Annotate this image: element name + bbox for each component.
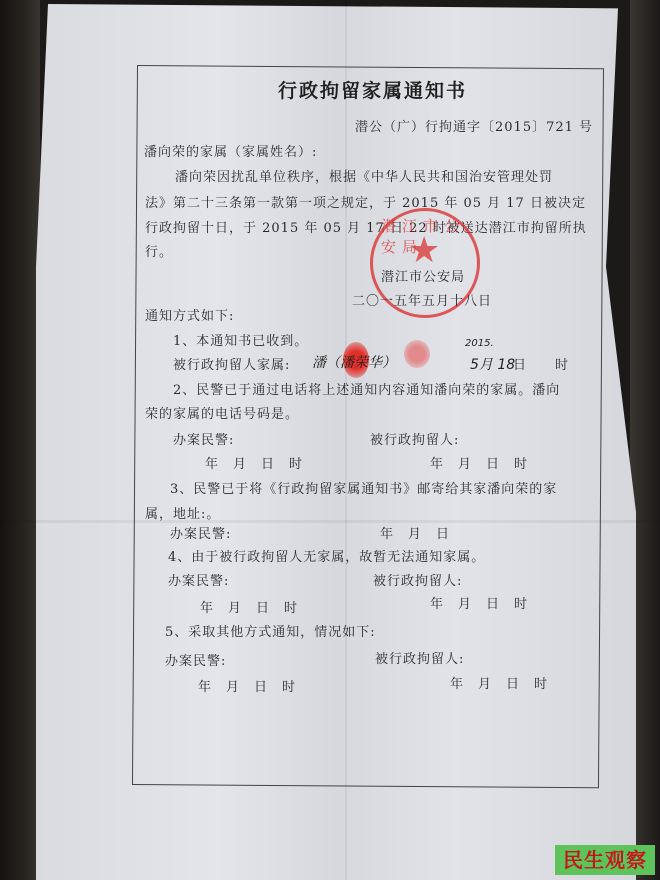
star-icon: ★ xyxy=(408,233,440,269)
item2-line: 2、民警已于通过电话将上述通知内容通知潘向荣的家属。潘向 xyxy=(173,379,560,398)
item5-text: 5、采取其他方式通知，情况如下: xyxy=(165,621,376,640)
detainee-label: 被行政拘留人: xyxy=(370,429,459,448)
item2-line: 荣的家属的电话号码是。 xyxy=(145,403,299,422)
officer-date: 年 月 日 时 xyxy=(205,453,303,472)
officer-label: 办案民警: xyxy=(173,429,234,448)
officer-label: 办案民警: xyxy=(165,650,226,669)
document-title: 行政拘留家属通知书 xyxy=(278,76,467,103)
background-left xyxy=(0,0,40,880)
issue-date: 二〇一五年五月十八日 xyxy=(352,290,492,309)
officer-label: 办案民警: xyxy=(170,523,231,542)
handwritten-signature: 潘（潘荣华） xyxy=(312,352,396,372)
detainee-date: 年 月 日 时 xyxy=(430,453,528,472)
body-line: 潘向荣因扰乱单位秩序，根据《中华人民共和国治安管理处罚 xyxy=(175,166,553,185)
body-line: 行。 xyxy=(145,241,173,260)
detainee-date: 年 月 日 时 xyxy=(430,593,528,612)
item1-date-suffix: 日 时 xyxy=(513,354,569,373)
item3-date: 年 月 日 xyxy=(380,523,450,542)
detainee-label: 被行政拘留人: xyxy=(375,648,464,667)
item1-text: 1、本通知书已收到。 xyxy=(173,330,308,349)
notice-methods-heading: 通知方式如下: xyxy=(145,305,234,324)
fingerprint xyxy=(404,340,430,368)
handwritten-year: 2015. xyxy=(465,338,494,349)
issuer: 潜江市公安局 xyxy=(381,266,465,285)
officer-date: 年 月 日 时 xyxy=(198,676,296,695)
handwritten-date: 5月 18 xyxy=(470,354,515,374)
item1-family-label: 被行政拘留人家属: xyxy=(173,354,290,373)
officer-label: 办案民警: xyxy=(168,570,229,589)
officer-date: 年 月 日 时 xyxy=(200,597,298,616)
item3-line: 属，地址:。 xyxy=(145,503,220,522)
addressee: 潘向荣的家属（家属姓名）: xyxy=(144,141,317,160)
item3-line: 3、民警已于将《行政拘留家属通知书》邮寄给其家潘向荣的家 xyxy=(170,478,557,497)
watermark-logo: 民生观察 xyxy=(555,845,655,875)
detainee-date: 年 月 日 时 xyxy=(450,673,548,692)
body-line: 法》第二十三条第一款第一项之规定，于 2015 年 05 月 17 日被决定 xyxy=(145,192,586,211)
item4-text: 4、由于被行政拘留人无家属，故暂无法通知家属。 xyxy=(168,546,485,565)
document-number: 潜公（广）行拘通字〔2015〕721 号 xyxy=(355,116,593,135)
detainee-label: 被行政拘留人: xyxy=(373,570,462,589)
body-line: 行政拘留十日，于 2015 年 05 月 17 日 22 时被送达潜江市拘留所执 xyxy=(145,217,587,236)
